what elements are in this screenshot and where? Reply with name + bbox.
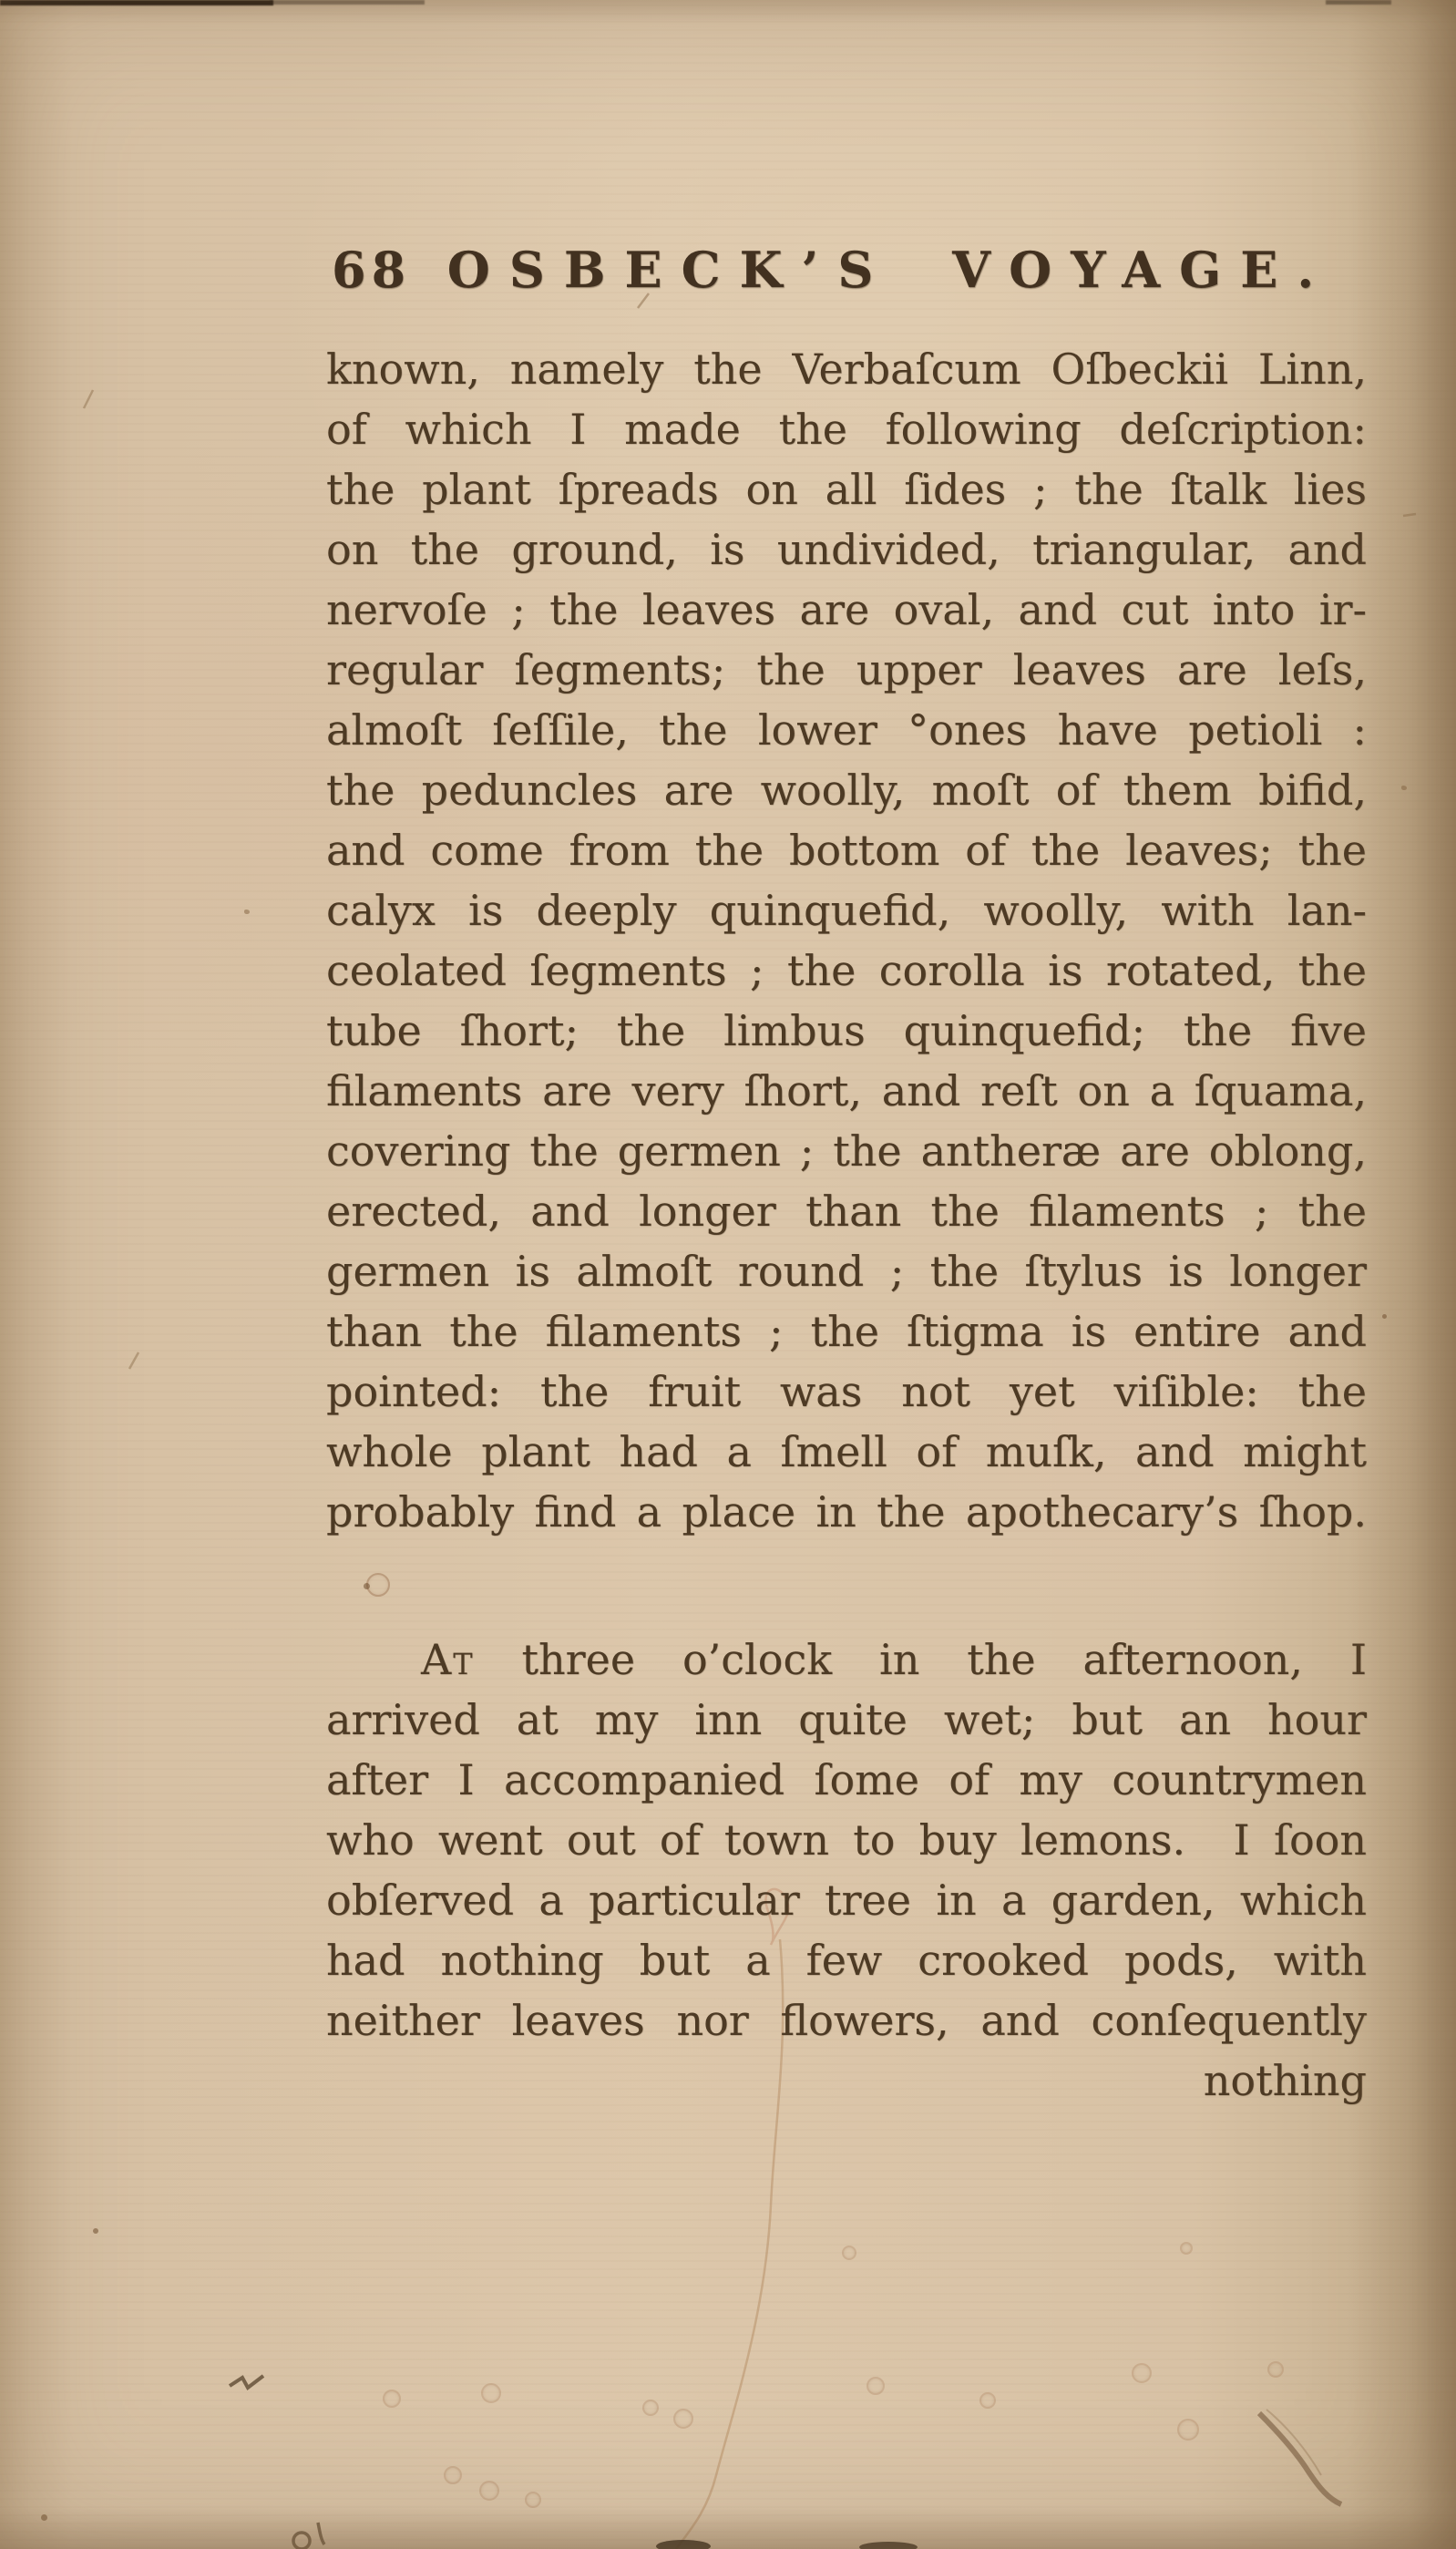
text-run: corolla xyxy=(879,946,1025,995)
text-run: whole plant had a ſmell of muſk, and mig… xyxy=(326,1427,1367,1476)
text-run: the plant ſpreads on all ſides ; the ſta… xyxy=(326,465,1367,514)
catchword: nothing xyxy=(326,2051,1367,2111)
text-run: had nothing but a few crooked pods, with xyxy=(326,1936,1367,1985)
text-line: calyx is deeply quinquefid, woolly, with… xyxy=(326,880,1367,940)
text-line: of which I made the following deſcriptio… xyxy=(326,399,1367,459)
text-line: tube ſhort; the limbus quinquefid; the f… xyxy=(326,1001,1367,1061)
text-line: covering the germen ; the antheræ are ob… xyxy=(326,1121,1367,1181)
text-run: arrived at my inn quite wet; but an hour xyxy=(326,1695,1367,1744)
text-line: whole plant had a ſmell of muſk, and mig… xyxy=(326,1422,1367,1482)
text-line: had nothing but a few crooked pods, with xyxy=(326,1930,1367,1990)
text-run: who went out of town to buy lemons. I ſo… xyxy=(326,1815,1367,1865)
text-run: limbus xyxy=(723,1006,866,1055)
text-run: , xyxy=(1353,1066,1367,1115)
text-line: neither leaves nor flowers, and conſeque… xyxy=(326,1990,1367,2051)
text-run: after I accompanied ſome of my countryme… xyxy=(326,1755,1367,1804)
text-line: known, namely the Verbaſcum Oſbeckii Lin… xyxy=(326,339,1367,399)
text-run: is rotated, the xyxy=(1025,946,1367,995)
text-run: At xyxy=(421,1635,475,1684)
text-run: than the filaments ; the xyxy=(326,1307,907,1356)
book-page-scan: 68 OSBECK’S VOYAGE. known, namely the Ve… xyxy=(0,0,1456,2549)
text-run: Linn, xyxy=(1228,344,1367,394)
text-line: almoſt ſeſſile, the lower °ones have pet… xyxy=(326,700,1367,760)
text-line: the plant ſpreads on all ſides ; the ſta… xyxy=(326,459,1367,519)
text-run: quinquefid; the five xyxy=(866,1006,1367,1055)
text-line: nervoſe ; the leaves are oval, and cut i… xyxy=(326,580,1367,640)
text-run: germen xyxy=(326,1247,489,1296)
text-run: three o’clock in the afternoon, I xyxy=(475,1635,1367,1684)
text-run: pointed: the fruit was not yet viſible: … xyxy=(326,1367,1367,1416)
text-line: arrived at my inn quite wet; but an hour xyxy=(326,1690,1367,1750)
text-run: petioli xyxy=(1188,705,1322,755)
paragraph-description: known, namely the Verbaſcum Oſbeckii Lin… xyxy=(326,339,1367,1542)
text-run: : xyxy=(1322,705,1367,755)
text-run: filaments are very ſhort, and reſt on a xyxy=(326,1066,1195,1115)
text-line: filaments are very ſhort, and reſt on a … xyxy=(326,1061,1367,1121)
text-line: after I accompanied ſome of my countryme… xyxy=(326,1750,1367,1810)
text-run: is entire and xyxy=(1044,1307,1367,1356)
paragraph-afternoon: At three o’clock in the afternoon, Iarri… xyxy=(326,1629,1367,2051)
text-run: ſtylus xyxy=(1025,1247,1143,1296)
text-line: and come from the bottom of the leaves; … xyxy=(326,820,1367,880)
text-run: ſtigma xyxy=(907,1307,1044,1356)
text-run: obſerved a particular tree in a garden, … xyxy=(326,1876,1367,1925)
text-run: regular ſegments; the upper leaves are l… xyxy=(326,645,1367,694)
text-run: is deeply quinquefid, woolly, with lan- xyxy=(436,886,1367,935)
text-run: is longer xyxy=(1143,1247,1367,1296)
text-run: antheræ xyxy=(921,1126,1102,1176)
text-line: regular ſegments; the upper leaves are l… xyxy=(326,640,1367,700)
text-run: ceolated ſegments ; the xyxy=(326,946,879,995)
text-line: obſerved a particular tree in a garden, … xyxy=(326,1870,1367,1930)
text-run: and come from the bottom of the leaves; … xyxy=(326,826,1367,875)
text-run: probably find a place in the apothecary’… xyxy=(326,1487,1367,1537)
running-title: OSBECK’S VOYAGE. xyxy=(326,242,1367,297)
text-line: pointed: the fruit was not yet viſible: … xyxy=(326,1362,1367,1422)
text-run: Verbaſcum Oſbeckii xyxy=(792,344,1228,394)
text-line: who went out of town to buy lemons. I ſo… xyxy=(326,1810,1367,1870)
text-line: At three o’clock in the afternoon, I xyxy=(326,1629,1367,1690)
text-run: tube ſhort; the xyxy=(326,1006,723,1055)
text-line: ceolated ſegments ; the corolla is rotat… xyxy=(326,940,1367,1001)
text-line: the peduncles are woolly, moſt of them b… xyxy=(326,760,1367,820)
text-run: are oblong, xyxy=(1101,1126,1367,1176)
text-line: erected, and longer than the filaments ;… xyxy=(326,1181,1367,1241)
text-run: almoſt ſeſſile, the lower °ones have xyxy=(326,705,1188,755)
text-run: erected, and longer than the filaments ;… xyxy=(326,1187,1367,1236)
text-line: probably find a place in the apothecary’… xyxy=(326,1482,1367,1542)
text-run: nervoſe ; the leaves are oval, and cut i… xyxy=(326,585,1367,634)
text-line: than the filaments ; the ſtigma is entir… xyxy=(326,1301,1367,1362)
text-run: ; the xyxy=(781,1126,921,1176)
text-run: neither leaves nor flowers, and conſeque… xyxy=(326,1996,1367,2045)
text-run: covering the xyxy=(326,1126,618,1176)
running-header: 68 OSBECK’S VOYAGE. xyxy=(326,242,1367,301)
text-run: calyx xyxy=(326,886,436,935)
text-run: is almoſt round ; the xyxy=(489,1247,1024,1296)
text-run: on the ground, is undivided, triangular,… xyxy=(326,525,1367,574)
printed-text: 68 OSBECK’S VOYAGE. known, namely the Ve… xyxy=(0,0,1456,2549)
text-run: known, namely the xyxy=(326,344,792,394)
text-line: on the ground, is undivided, triangular,… xyxy=(326,519,1367,580)
text-line: germen is almoſt round ; the ſtylus is l… xyxy=(326,1241,1367,1301)
catchword-row: nothing xyxy=(326,2051,1367,2111)
text-run: the peduncles are woolly, moſt of them b… xyxy=(326,766,1367,815)
page-number: 68 xyxy=(332,242,411,297)
text-run: ſquama xyxy=(1195,1066,1354,1115)
text-run: germen xyxy=(618,1126,781,1176)
text-run: of which I made the following deſcriptio… xyxy=(326,405,1367,454)
